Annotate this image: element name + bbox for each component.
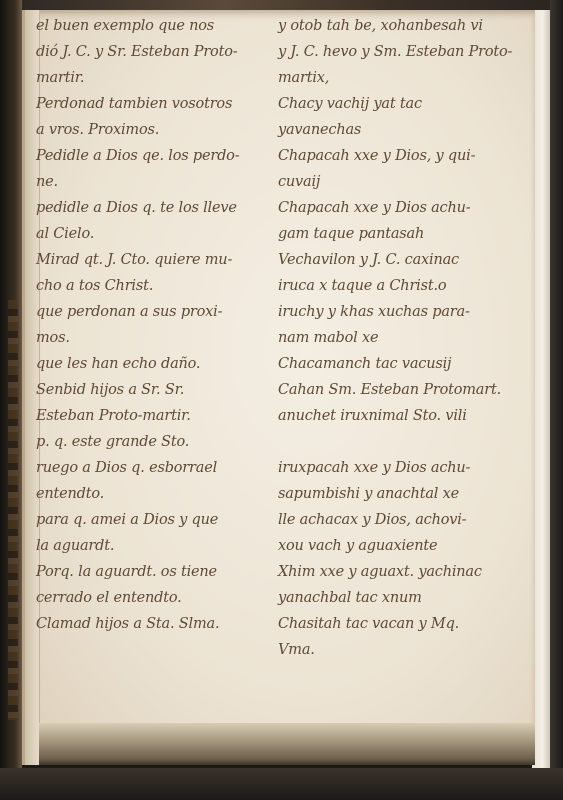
mayan-text: lle achacax y Dios, achovi- [278, 512, 466, 528]
mayan-text: Vma. [278, 642, 315, 658]
mayan-text: Chacamanch tac vacusij [278, 356, 451, 372]
manuscript-line: la aguardt.xou vach y aguaxiente [36, 538, 531, 564]
manuscript-line: mos.nam mabol xe [36, 330, 531, 356]
mayan-text: Chapacah xxe y Dios achu- [278, 200, 470, 216]
spanish-text: que les han echo daño. [36, 356, 200, 372]
spanish-text: que perdonan a sus proxi- [36, 304, 222, 320]
mayan-text: iruca x taque a Christ.o [278, 278, 446, 294]
mayan-text: cuvaij [278, 174, 320, 190]
spanish-text: p. q. este grande Sto. [36, 434, 189, 450]
water-stain-bottom [39, 723, 535, 765]
mayan-text: sapumbishi y anachtal xe [278, 486, 459, 502]
manuscript-line: Mirad qt. J. Cto. quiere mu-Vechavilon y… [36, 252, 531, 278]
manuscript-line: Vma. [36, 642, 531, 668]
mayan-text: martix, [278, 70, 329, 86]
mayan-text: Chacy vachij yat tac [278, 96, 422, 112]
manuscript-line: Clamad hijos a Sta. Slma.Chasitah tac va… [36, 616, 531, 642]
manuscript-line: para q. amei a Dios y quelle achacax y D… [36, 512, 531, 538]
mayan-text: yanachbal tac xnum [278, 590, 422, 606]
spanish-text: a vros. Proximos. [36, 122, 159, 138]
book-cover-right [550, 0, 563, 800]
manuscript-line: Esteban Proto-martir.anuchet iruxnimal S… [36, 408, 531, 434]
manuscript-line: dió J. C. y Sr. Esteban Proto-y J. C. he… [36, 44, 531, 70]
mayan-text: iruxpacah xxe y Dios achu- [278, 460, 470, 476]
spanish-text: Clamad hijos a Sta. Slma. [36, 616, 219, 632]
manuscript-text: el buen exemplo que nosy otob tah be, xo… [36, 18, 531, 668]
manuscript-line: cerrado el entendto.yanachbal tac xnum [36, 590, 531, 616]
spanish-text: dió J. C. y Sr. Esteban Proto- [36, 44, 237, 60]
manuscript-line: a vros. Proximos.yavanechas [36, 122, 531, 148]
spanish-text: ruego a Dios q. esborrael [36, 460, 217, 476]
manuscript-line: al Cielo.gam taque pantasah [36, 226, 531, 252]
spanish-text: ne. [36, 174, 58, 190]
manuscript-line: pedidle a Dios q. te los lleveChapacah x… [36, 200, 531, 226]
manuscript-line: ruego a Dios q. esborraeliruxpacah xxe y… [36, 460, 531, 486]
spanish-text: cho a tos Christ. [36, 278, 153, 294]
manuscript-line: cho a tos Christ.iruca x taque a Christ.… [36, 278, 531, 304]
manuscript-line: Porq. la aguardt. os tieneXhim xxe y agu… [36, 564, 531, 590]
manuscript-line: martir.martix, [36, 70, 531, 96]
book-cover-bottom [0, 768, 563, 800]
manuscript-line: que perdonan a sus proxi-iruchy y khas x… [36, 304, 531, 330]
mayan-text: xou vach y aguaxiente [278, 538, 437, 554]
mayan-text: yavanechas [278, 122, 361, 138]
mayan-text: gam taque pantasah [278, 226, 424, 242]
mayan-text: Chapacah xxe y Dios, y qui- [278, 148, 475, 164]
spanish-text: la aguardt. [36, 538, 114, 554]
manuscript-line: el buen exemplo que nosy otob tah be, xo… [36, 18, 531, 44]
manuscript-line: Senbid hijos a Sr. Sr.Cahan Sm. Esteban … [36, 382, 531, 408]
spanish-text: Porq. la aguardt. os tiene [36, 564, 217, 580]
manuscript-line: que les han echo daño.Chacamanch tac vac… [36, 356, 531, 382]
spanish-text: Senbid hijos a Sr. Sr. [36, 382, 184, 398]
mayan-text: nam mabol xe [278, 330, 378, 346]
spanish-text: entendto. [36, 486, 104, 502]
spanish-text: cerrado el entendto. [36, 590, 182, 606]
mayan-text: y J. C. hevo y Sm. Esteban Proto- [278, 44, 512, 60]
book-spine-binding [0, 0, 22, 800]
spanish-text: Esteban Proto-martir. [36, 408, 191, 424]
mayan-text: anuchet iruxnimal Sto. vili [278, 408, 467, 424]
mayan-text: Chasitah tac vacan y Mq. [278, 616, 459, 632]
spanish-text: martir. [36, 70, 84, 86]
spanish-text: al Cielo. [36, 226, 94, 242]
mayan-text: y otob tah be, xohanbesah vi [278, 18, 483, 34]
spanish-text: mos. [36, 330, 70, 346]
spanish-text: el buen exemplo que nos [36, 18, 214, 34]
spanish-text: Pedidle a Dios qe. los perdo- [36, 148, 239, 164]
mayan-text: Cahan Sm. Esteban Protomart. [278, 382, 501, 398]
mayan-text: Xhim xxe y aguaxt. yachinac [278, 564, 482, 580]
manuscript-line: p. q. este grande Sto. [36, 434, 531, 460]
book-binding-top [0, 0, 563, 10]
manuscript-line: Perdonad tambien vosotrosChacy vachij ya… [36, 96, 531, 122]
spanish-text: pedidle a Dios q. te los lleve [36, 200, 237, 216]
spanish-text: para q. amei a Dios y que [36, 512, 218, 528]
spanish-text: Perdonad tambien vosotros [36, 96, 232, 112]
manuscript-line: Pedidle a Dios qe. los perdo-Chapacah xx… [36, 148, 531, 174]
manuscript-line: ne.cuvaij [36, 174, 531, 200]
spanish-text: Mirad qt. J. Cto. quiere mu- [36, 252, 232, 268]
mayan-text: Vechavilon y J. C. caxinac [278, 252, 459, 268]
manuscript-line: entendto.sapumbishi y anachtal xe [36, 486, 531, 512]
mayan-text: iruchy y khas xuchas para- [278, 304, 470, 320]
